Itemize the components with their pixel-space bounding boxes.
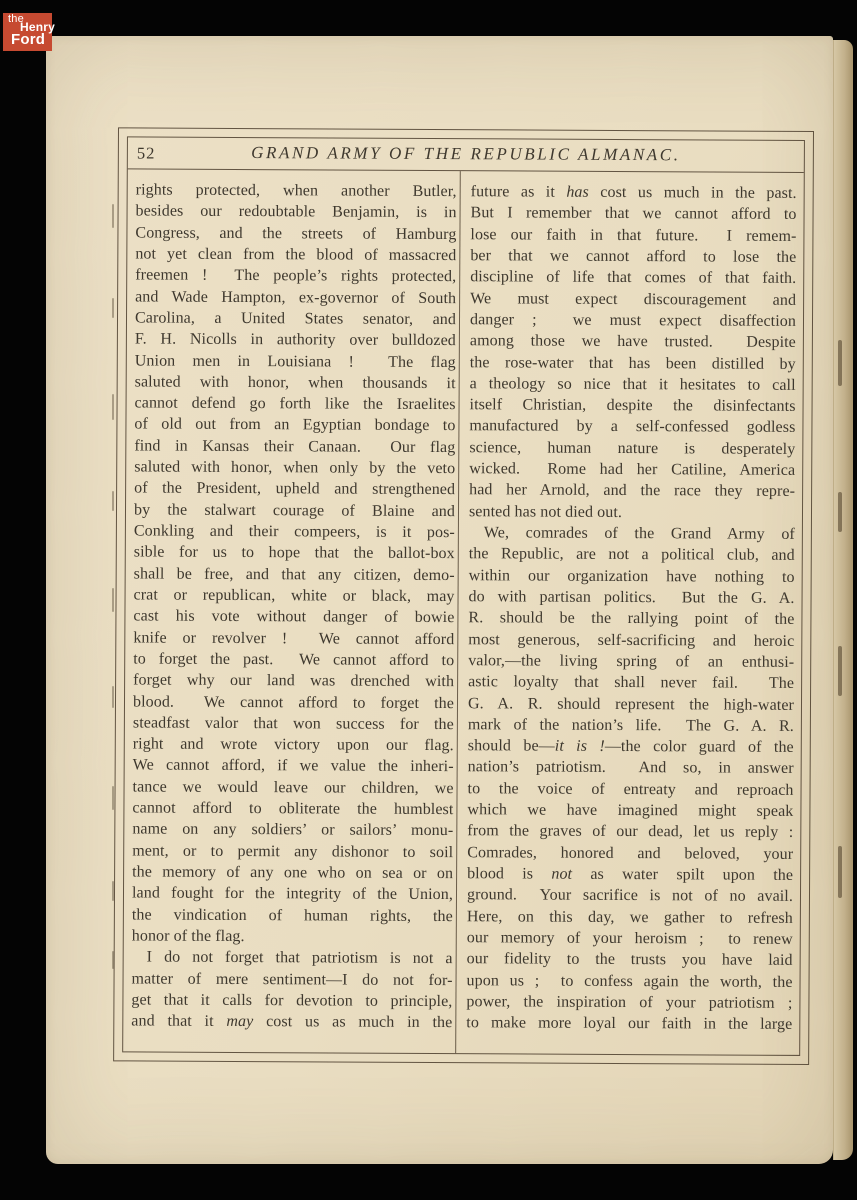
text-line: knife or revolver ! We cannot afford: [133, 627, 454, 650]
text-line: Union men in Louisiana ! The flag: [135, 350, 456, 373]
logo-text-ford: Ford: [11, 31, 45, 48]
text-line: our memory of your heroism ; to renew: [467, 927, 793, 950]
text-line: honor of the flag.: [132, 925, 453, 948]
text-line: We, comrades of the Grand Army of: [469, 522, 795, 545]
text-line: science, human nature is desperately: [469, 437, 795, 460]
page-edge-mark: [838, 846, 842, 898]
text-line: get that it calls for devotion to princi…: [131, 989, 452, 1012]
page-edge-mark: [838, 340, 842, 386]
text-line: We cannot afford, if we value the inheri…: [133, 755, 454, 778]
running-title: GRAND ARMY OF THE REPUBLIC ALMANAC.: [128, 142, 804, 166]
scan-artifact-mark: [112, 686, 114, 708]
text-line: by the stalwart courage of Blaine and: [134, 499, 455, 522]
text-line: lose our faith in that future. I remem-: [470, 224, 796, 247]
text-line: should be—it is !—the color guard of the: [468, 735, 794, 758]
text-line: cannot defend go forth like the Israelit…: [135, 393, 456, 416]
text-line: and that it may cost us as much in the: [131, 1011, 452, 1034]
text-line: rights protected, when another Butler,: [136, 179, 457, 202]
page-edge-mark: [838, 492, 842, 532]
left-column: rights protected, when another Butler,be…: [123, 169, 460, 1053]
text-line: sented has not died out.: [469, 501, 795, 524]
scan-artifact-mark: [112, 588, 114, 612]
text-line: saluted with honor, when thousands it: [135, 371, 456, 394]
text-line: a theology so nice that it hesitates to …: [470, 373, 796, 396]
scan-artifact-mark: [112, 298, 114, 318]
text-line: the vindication of human rights, the: [132, 904, 453, 927]
text-line: besides our redoubtable Benjamin, is in: [136, 201, 457, 224]
page-header: 52 GRAND ARMY OF THE REPUBLIC ALMANAC.: [128, 137, 804, 173]
text-line: forget why our land was drenched with: [133, 670, 454, 693]
text-line: Carolina, a United States senator, and: [135, 307, 456, 330]
text-line: cannot afford to obliterate the humblest: [132, 798, 453, 821]
text-line: land fought for the integrity of the Uni…: [132, 883, 453, 906]
text-line: saluted with honor, when only by the vet…: [134, 457, 455, 480]
text-line: within our organization have nothing to: [469, 565, 795, 588]
text-line: ber that we cannot afford to lose the: [470, 245, 796, 268]
text-line: of old out from an Egyptian bondage to: [134, 414, 455, 437]
text-line: future as it has cost us much in the pas…: [471, 181, 797, 204]
text-line: crat or republican, white or black, may: [134, 584, 455, 607]
text-line: most generous, self-sacrificing and hero…: [468, 629, 794, 652]
text-line: upon us ; to confess again the worth, th…: [466, 970, 792, 993]
text-line: the memory of any one who on sea or on: [132, 861, 453, 884]
text-line: Conkling and their compeers, is it pos-: [134, 520, 455, 543]
text-line: R. should be the rallying point of the: [468, 607, 794, 630]
text-line: sible for us to hope that the ballot-box: [134, 542, 455, 565]
text-line: We must expect discouragement and: [470, 288, 796, 311]
text-line: ground. Your sacrifice is not of no avai…: [467, 885, 793, 908]
text-line: blood is not as water spilt upon the: [467, 863, 793, 886]
text-line: the Republic, are not a political club, …: [469, 544, 795, 567]
text-line: among those we have trusted. Despite: [470, 330, 796, 353]
text-line: nation’s patriotism. And so, in answer: [468, 757, 794, 780]
text-line: Here, on this day, we gather to refresh: [467, 906, 793, 929]
henry-ford-logo: the Henry Ford: [3, 13, 52, 51]
text-columns: rights protected, when another Butler,be…: [123, 169, 804, 1055]
scan-artifact-mark: [112, 394, 114, 420]
text-line: had her Arnold, and the race they repre-: [469, 480, 795, 503]
scan-artifact-mark: [112, 491, 114, 511]
text-line: to make more loyal our faith in the larg…: [466, 1012, 792, 1035]
text-line: G. A. R. should represent the high-water: [468, 693, 794, 716]
text-line: blood. We cannot afford to forget the: [133, 691, 454, 714]
text-line: valor,—the living spring of an enthusi-: [468, 650, 794, 673]
page-edge-mark: [838, 646, 842, 696]
text-line: astic loyalty that shall never fail. The: [468, 671, 794, 694]
text-line: right and wrote victory upon our flag.: [133, 734, 454, 757]
text-line: our fidelity to the trusts you have laid: [467, 948, 793, 971]
page-border-outer: 52 GRAND ARMY OF THE REPUBLIC ALMANAC. r…: [113, 127, 814, 1065]
text-line: I do not forget that patriotism is not a: [132, 947, 453, 970]
text-line: wicked. Rome had her Catiline, America: [469, 458, 795, 481]
right-column: future as it has cost us much in the pas…: [456, 171, 804, 1055]
text-line: which we have imagined might speak: [467, 799, 793, 822]
text-line: discipline of life that comes of that fa…: [470, 266, 796, 289]
text-line: do with partisan politics. But the G. A.: [469, 586, 795, 609]
text-line: cast his vote without danger of bowie: [133, 606, 454, 629]
text-line: ment, or to permit any dishonor to soil: [132, 840, 453, 863]
text-line: danger ; we must expect disaffection: [470, 309, 796, 332]
text-line: Comrades, honored and beloved, your: [467, 842, 793, 865]
text-line: and Wade Hampton, ex-governor of South: [135, 286, 456, 309]
text-line: the rose-water that has been distilled b…: [470, 352, 796, 375]
text-line: to forget the past. We cannot afford to: [133, 648, 454, 671]
text-line: But I remember that we cannot afford to: [471, 203, 797, 226]
text-line: Congress, and the streets of Hamburg: [135, 222, 456, 245]
text-line: find in Kansas their Canaan. Our flag: [134, 435, 455, 458]
text-line: of the President, upheld and strengthene…: [134, 478, 455, 501]
text-line: mark of the nation’s life. The G. A. R.: [468, 714, 794, 737]
book-page: 52 GRAND ARMY OF THE REPUBLIC ALMANAC. r…: [46, 36, 833, 1164]
text-line: from the graves of our dead, let us repl…: [467, 821, 793, 844]
text-line: manufactured by a self-confessed godless: [469, 416, 795, 439]
text-line: to the voice of entreaty and reproach: [467, 778, 793, 801]
text-line: matter of mere sentiment—I do not for-: [131, 968, 452, 991]
text-line: F. H. Nicolls in authority over bulldoze…: [135, 329, 456, 352]
scan-artifact-mark: [112, 204, 114, 228]
text-line: steadfast valor that won success for the: [133, 712, 454, 735]
text-line: not yet clean from the blood of massacre…: [135, 243, 456, 266]
text-line: shall be free, and that any citizen, dem…: [134, 563, 455, 586]
text-line: name on any soldiers’ or sailors’ monu-: [132, 819, 453, 842]
book-fore-edge: [833, 40, 853, 1160]
text-line: freemen ! The people’s rights protected,: [135, 265, 456, 288]
text-line: tance we would leave our children, we: [133, 776, 454, 799]
page-border-inner: 52 GRAND ARMY OF THE REPUBLIC ALMANAC. r…: [122, 136, 805, 1056]
text-line: itself Christian, despite the disinfecta…: [470, 394, 796, 417]
text-line: power, the inspiration of your patriotis…: [466, 991, 792, 1014]
